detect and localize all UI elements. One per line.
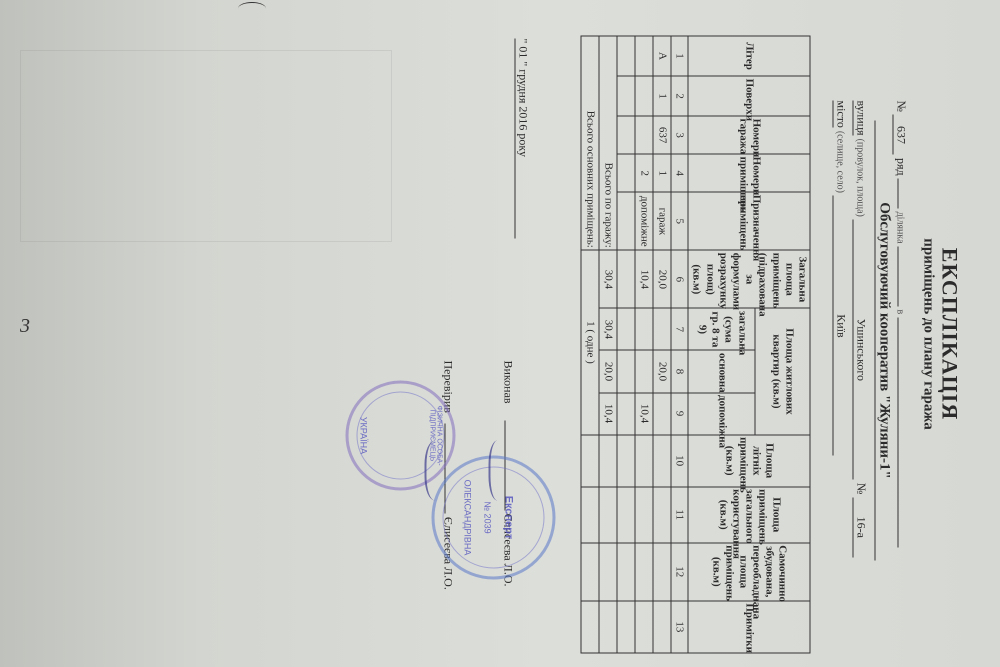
street-line: вулиця (провулок, площа) Ушинського № 16… — [852, 100, 868, 557]
house-label: № — [854, 482, 868, 493]
house-value: 16-а — [852, 497, 868, 557]
street-hint: (провулок, площа) — [854, 138, 865, 216]
city-line: місто (селище, село) Київ — [832, 100, 848, 455]
street-label: вулиця — [852, 100, 868, 135]
plot-label: ділянка — [894, 211, 905, 243]
explication-page: ЕКСПЛІКАЦІЯ приміщень до плану гаража № … — [0, 0, 1000, 667]
col-notes: Примітки — [688, 600, 810, 652]
number-label: № — [894, 100, 908, 111]
document-subtitle: приміщень до плану гаража — [919, 0, 936, 667]
col-living-aux: допоміжна — [688, 392, 755, 434]
in-value — [897, 317, 898, 547]
street-value: Ушинського — [852, 219, 868, 479]
document-date: " 01 " грудня 2016 року — [514, 38, 530, 238]
col-summer-area: Площа літніх приміщень (кв.м) — [688, 434, 810, 486]
signature-performed — [488, 440, 510, 500]
col-floors: Поверхи — [688, 76, 810, 116]
garage-number: 637 — [892, 114, 908, 154]
signature-checked — [424, 440, 450, 500]
col-common-area: Площа приміщень загального користування … — [688, 486, 810, 542]
city-hint: (селище, село) — [834, 130, 845, 192]
empty-row — [617, 36, 635, 653]
table-row: 2 допоміжне 10,4 10,4 — [635, 36, 653, 653]
table-row: А 1 637 1 гараж 20,0 20,0 — [653, 36, 671, 653]
col-unauthorized-area: Самочинно збудована, переобладнана площа… — [688, 542, 810, 600]
column-number-row: 1 2 3 4 5 6 7 8 9 10 11 12 13 — [671, 36, 688, 653]
city-value: Київ — [832, 195, 848, 455]
cooperative-name: Обслуговуючий кооператив "Жуляни-1" — [874, 120, 892, 560]
city-label: місто — [832, 100, 848, 127]
explication-table: Літер Поверхи Номери гаража Номери примі… — [580, 35, 810, 653]
row-value — [897, 178, 898, 208]
col-room-numbers: Номери примішень — [688, 154, 810, 192]
garage-number-line: № 637 ряд ділянка в — [892, 100, 908, 547]
col-purpose: Призначення приміщень — [688, 192, 810, 250]
document-title: ЕКСПЛІКАЦІЯ — [936, 0, 962, 667]
main-rooms-total-row: Всього основних приміщень: 1 ( одне ) — [581, 36, 599, 653]
row-label: ряд — [894, 157, 908, 175]
plot-value — [897, 246, 898, 306]
col-living-area-group: Площа житлових квартир (кв.м) — [755, 308, 810, 434]
col-living-main: основна — [688, 350, 755, 392]
col-garage-numbers: Номери гаража — [688, 116, 810, 154]
in-label: в — [894, 309, 905, 314]
col-liter: Літер — [688, 36, 810, 76]
col-living-total: загальна (сума гр. 8 та 9) — [688, 308, 755, 350]
col-total-area: Загальна площа приміщень (підрахована за… — [688, 250, 810, 308]
scanned-sheet: 3 ЕКСПЛІКАЦІЯ приміщень до плану гаража … — [0, 0, 1000, 667]
garage-total-row: Всього по гаражу: 30,4 30,4 20,0 10,4 — [599, 36, 617, 653]
